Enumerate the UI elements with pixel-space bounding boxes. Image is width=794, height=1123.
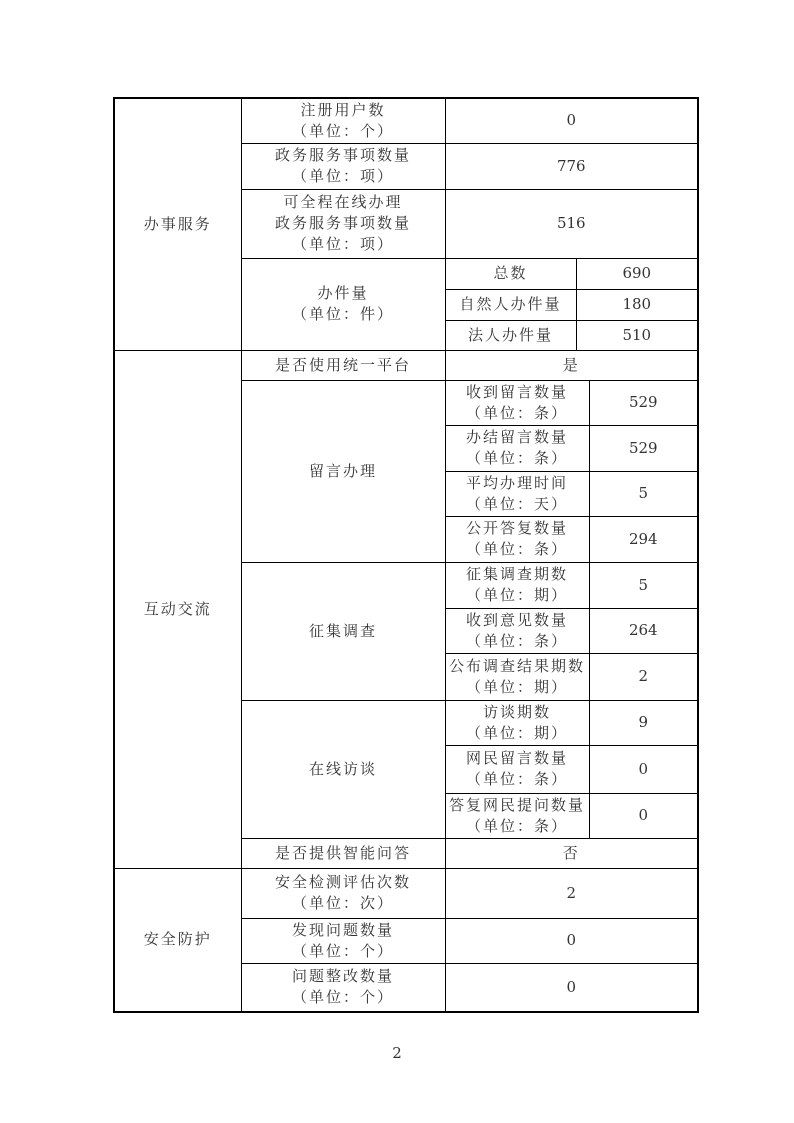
label-line: 公布调查结果期数 [446, 656, 589, 677]
report-table: 办事服务 注册用户数 （单位：个） 0 政务服务事项数量 （单位：项） 776 … [113, 97, 699, 1013]
item-label-cell: 政务服务事项数量 （单位：项） [241, 143, 445, 189]
label-line: 问题整改数量 [242, 966, 445, 987]
category-cell: 安全防护 [114, 868, 241, 1012]
value-cell: 5 [589, 471, 698, 516]
value-cell: 2 [445, 868, 698, 918]
label-line: 平均办理时间 [446, 473, 589, 494]
category-cell: 办事服务 [114, 98, 241, 350]
value-cell: 776 [445, 143, 698, 189]
value-cell: 5 [589, 562, 698, 608]
value-cell: 264 [589, 608, 698, 653]
value-cell: 516 [445, 189, 698, 258]
category-cell: 互动交流 [114, 350, 241, 868]
value-cell: 2 [589, 653, 698, 700]
label-line: 注册用户数 [242, 100, 445, 121]
label-line: 答复网民提问数量 [446, 795, 589, 816]
label-line: 收到意见数量 [446, 610, 589, 631]
sub-label-cell: 自然人办件量 [445, 289, 576, 320]
label-line: 政务服务事项数量 [242, 213, 445, 234]
value-cell: 9 [589, 700, 698, 745]
sub-label-cell: 网民留言数量 （单位：条） [445, 745, 589, 793]
sub-label-cell: 办结留言数量 （单位：条） [445, 425, 589, 471]
value-cell: 529 [589, 425, 698, 471]
sub-label-cell: 法人办件量 [445, 320, 576, 350]
item-label-cell: 注册用户数 （单位：个） [241, 98, 445, 143]
unit-line: （单位：天） [446, 494, 589, 515]
unit-line: （单位：条） [446, 539, 589, 560]
value-cell: 294 [589, 516, 698, 562]
group-cell: 征集调查 [241, 562, 445, 700]
label-line: 发现问题数量 [242, 920, 445, 941]
page-number: 2 [0, 1044, 794, 1062]
unit-line: （单位：次） [242, 893, 445, 914]
sub-label-cell: 收到留言数量 （单位：条） [445, 380, 589, 425]
item-label-cell: 是否提供智能问答 [241, 838, 445, 868]
label-line: 可全程在线办理 [242, 192, 445, 213]
label-line: 办结留言数量 [446, 427, 589, 448]
unit-line: （单位：个） [242, 987, 445, 1008]
sub-label-cell: 平均办理时间 （单位：天） [445, 471, 589, 516]
table-row: 安全防护 安全检测评估次数 （单位：次） 2 [114, 868, 698, 918]
group-cell: 在线访谈 [241, 700, 445, 838]
label-line: 安全检测评估次数 [242, 872, 445, 893]
value-cell: 690 [576, 258, 698, 289]
unit-line: （单位：条） [446, 816, 589, 837]
table-row: 办事服务 注册用户数 （单位：个） 0 [114, 98, 698, 143]
label-line: 征集调查期数 [446, 564, 589, 585]
unit-line: （单位：条） [446, 403, 589, 424]
value-cell: 0 [589, 745, 698, 793]
value-cell: 否 [445, 838, 698, 868]
group-cell: 办件量 （单位：件） [241, 258, 445, 350]
sub-label-cell: 公布调查结果期数 （单位：期） [445, 653, 589, 700]
unit-line: （单位：项） [242, 234, 445, 255]
unit-line: （单位：项） [242, 166, 445, 187]
unit-line: （单位：期） [446, 677, 589, 698]
item-label-cell: 发现问题数量 （单位：个） [241, 918, 445, 963]
table-row: 互动交流 是否使用统一平台 是 [114, 350, 698, 380]
label-line: 网民留言数量 [446, 748, 589, 769]
label-line: 访谈期数 [446, 702, 589, 723]
sub-label-cell: 征集调查期数 （单位：期） [445, 562, 589, 608]
label-line: 办件量 [242, 283, 445, 304]
unit-line: （单位：条） [446, 631, 589, 652]
unit-line: （单位：期） [446, 723, 589, 744]
sub-label-cell: 收到意见数量 （单位：条） [445, 608, 589, 653]
value-cell: 0 [445, 963, 698, 1012]
sub-label-cell: 总数 [445, 258, 576, 289]
document-page: 办事服务 注册用户数 （单位：个） 0 政务服务事项数量 （单位：项） 776 … [0, 0, 794, 1123]
item-label-cell: 问题整改数量 （单位：个） [241, 963, 445, 1012]
item-label-cell: 可全程在线办理 政务服务事项数量 （单位：项） [241, 189, 445, 258]
value-cell: 510 [576, 320, 698, 350]
unit-line: （单位：条） [446, 769, 589, 790]
value-cell: 529 [589, 380, 698, 425]
sub-label-cell: 答复网民提问数量 （单位：条） [445, 793, 589, 838]
unit-line: （单位：个） [242, 121, 445, 142]
value-cell: 是 [445, 350, 698, 380]
unit-line: （单位：个） [242, 941, 445, 962]
value-cell: 0 [445, 918, 698, 963]
unit-line: （单位：条） [446, 448, 589, 469]
unit-line: （单位：件） [242, 304, 445, 325]
label-line: 政务服务事项数量 [242, 145, 445, 166]
sub-label-cell: 公开答复数量 （单位：条） [445, 516, 589, 562]
item-label-cell: 安全检测评估次数 （单位：次） [241, 868, 445, 918]
value-cell: 0 [589, 793, 698, 838]
sub-label-cell: 访谈期数 （单位：期） [445, 700, 589, 745]
value-cell: 180 [576, 289, 698, 320]
value-cell: 0 [445, 98, 698, 143]
label-line: 收到留言数量 [446, 382, 589, 403]
unit-line: （单位：期） [446, 585, 589, 606]
item-label-cell: 是否使用统一平台 [241, 350, 445, 380]
group-cell: 留言办理 [241, 380, 445, 562]
label-line: 公开答复数量 [446, 518, 589, 539]
